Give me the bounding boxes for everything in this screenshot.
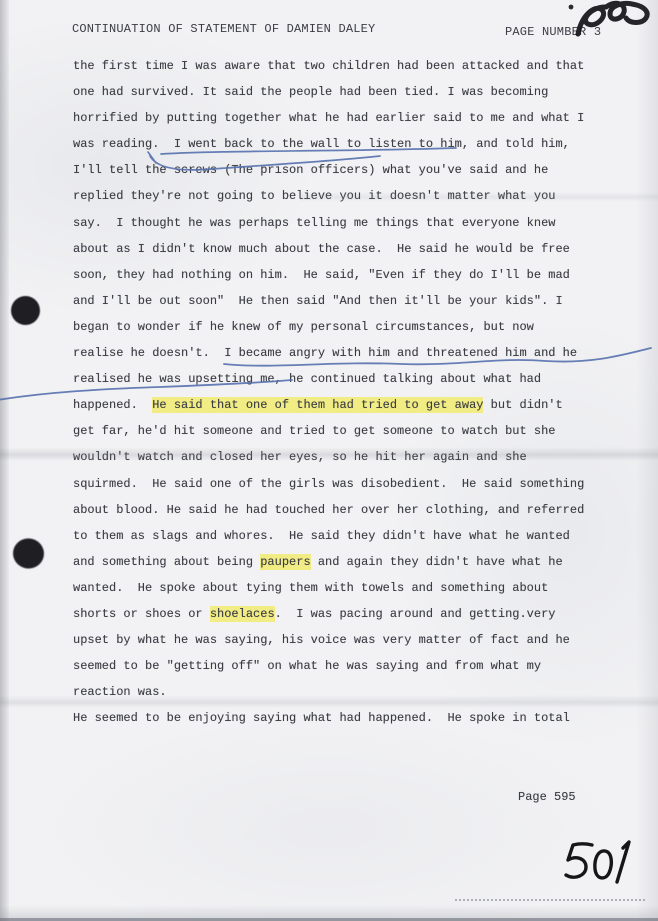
text-segment: to them as slags and whores. He said the…	[73, 529, 570, 543]
text-line: wouldn't watch and closed her eyes, so h…	[73, 444, 618, 470]
text-segment: shorts or shoes or	[73, 607, 210, 621]
text-line: say. I thought he was perhaps telling me…	[73, 210, 618, 236]
text-line: shorts or shoes or shoelaces. I was paci…	[73, 601, 618, 627]
text-line: the first time I was aware that two chil…	[73, 53, 618, 79]
highlighter-mark: shoelaces	[210, 607, 275, 621]
header-page-number: PAGE NUMBER 3	[505, 25, 601, 39]
text-line: squirmed. He said one of the girls was d…	[73, 471, 618, 497]
text-line: about as I didn't know much about the ca…	[73, 236, 618, 262]
text-segment: realised he was upsetting me, he continu…	[73, 372, 541, 386]
text-line: wanted. He spoke about tying them with t…	[73, 575, 618, 601]
text-segment: replied they're not going to believe you…	[73, 189, 555, 203]
text-line: He seemed to be enjoying saying what had…	[73, 705, 618, 731]
text-line: upset by what he was saying, his voice w…	[73, 627, 618, 653]
text-segment: He seemed to be enjoying saying what had…	[73, 711, 570, 725]
text-segment: was reading. I went back to the wall to …	[73, 137, 570, 151]
text-line: seemed to be "getting off" on what he wa…	[73, 653, 618, 679]
text-segment: seemed to be "getting off" on what he wa…	[73, 659, 541, 673]
text-line: happened. He said that one of them had t…	[73, 392, 618, 418]
text-segment: get far, he'd hit someone and tried to g…	[73, 424, 555, 438]
highlighter-mark: paupers	[260, 555, 310, 569]
text-line: was reading. I went back to the wall to …	[73, 131, 618, 157]
text-segment: began to wonder if he knew of my persona…	[73, 320, 534, 334]
text-segment: soon, they had nothing on him. He said, …	[73, 268, 570, 282]
scanned-document-page: CONTINUATION OF STATEMENT OF DAMIEN DALE…	[0, 0, 658, 921]
text-segment: . I was pacing around and getting.very	[275, 607, 556, 621]
text-segment: wanted. He spoke about tying them with t…	[73, 581, 548, 595]
text-line: one had survived. It said the people had…	[73, 79, 618, 105]
highlighter-mark: He said that one of them had tried to ge…	[152, 398, 483, 412]
text-segment: horrified by putting together what he ha…	[73, 111, 584, 125]
text-segment: say. I thought he was perhaps telling me…	[73, 216, 555, 230]
text-segment: upset by what he was saying, his voice w…	[73, 633, 570, 647]
text-line: and I'll be out soon" He then said "And …	[73, 288, 618, 314]
document-body: the first time I was aware that two chil…	[73, 53, 618, 731]
scan-artifact-dotted-line	[455, 899, 645, 901]
text-segment: reaction was.	[73, 685, 167, 699]
header-title: CONTINUATION OF STATEMENT OF DAMIEN DALE…	[72, 22, 375, 36]
text-segment: and again they didn't have what he	[311, 555, 563, 569]
text-segment: and I'll be out soon" He then said "And …	[73, 294, 563, 308]
text-line: horrified by putting together what he ha…	[73, 105, 618, 131]
text-line: replied they're not going to believe you…	[73, 183, 618, 209]
text-line: soon, they had nothing on him. He said, …	[73, 262, 618, 288]
text-line: get far, he'd hit someone and tried to g…	[73, 418, 618, 444]
text-segment: and something about being	[73, 555, 260, 569]
text-segment: about as I didn't know much about the ca…	[73, 242, 570, 256]
text-segment: the first time I was aware that two chil…	[73, 59, 584, 73]
text-segment: squirmed. He said one of the girls was d…	[73, 477, 584, 491]
text-line: and something about being paupers and ag…	[73, 549, 618, 575]
footer-page-label: Page 595	[518, 790, 576, 804]
scan-shadow-left	[0, 0, 9, 921]
text-line: began to wonder if he knew of my persona…	[73, 314, 618, 340]
text-segment: one had survived. It said the people had…	[73, 85, 548, 99]
text-line: I'll tell the screws (The prison officer…	[73, 157, 618, 183]
text-line: to them as slags and whores. He said the…	[73, 523, 618, 549]
hole-punch-mark	[11, 296, 40, 325]
hole-punch-mark	[11, 536, 46, 570]
text-segment: but didn't	[483, 398, 562, 412]
scan-shadow-right	[636, 0, 658, 921]
scan-shadow-bottom	[0, 905, 658, 921]
handwritten-page-number	[555, 833, 655, 903]
text-line: reaction was.	[73, 679, 618, 705]
text-segment: about blood. He said he had touched her …	[73, 503, 584, 517]
document-header: CONTINUATION OF STATEMENT OF DAMIEN DALE…	[0, 22, 658, 38]
text-line: realise he doesn't. I became angry with …	[73, 340, 618, 366]
text-segment: wouldn't watch and closed her eyes, so h…	[73, 450, 527, 464]
text-line: realised he was upsetting me, he continu…	[73, 366, 618, 392]
text-line: about blood. He said he had touched her …	[73, 497, 618, 523]
text-segment: realise he doesn't. I became angry with …	[73, 346, 577, 360]
text-segment: happened.	[73, 398, 152, 412]
text-segment: I'll tell the screws (The prison officer…	[73, 163, 548, 177]
